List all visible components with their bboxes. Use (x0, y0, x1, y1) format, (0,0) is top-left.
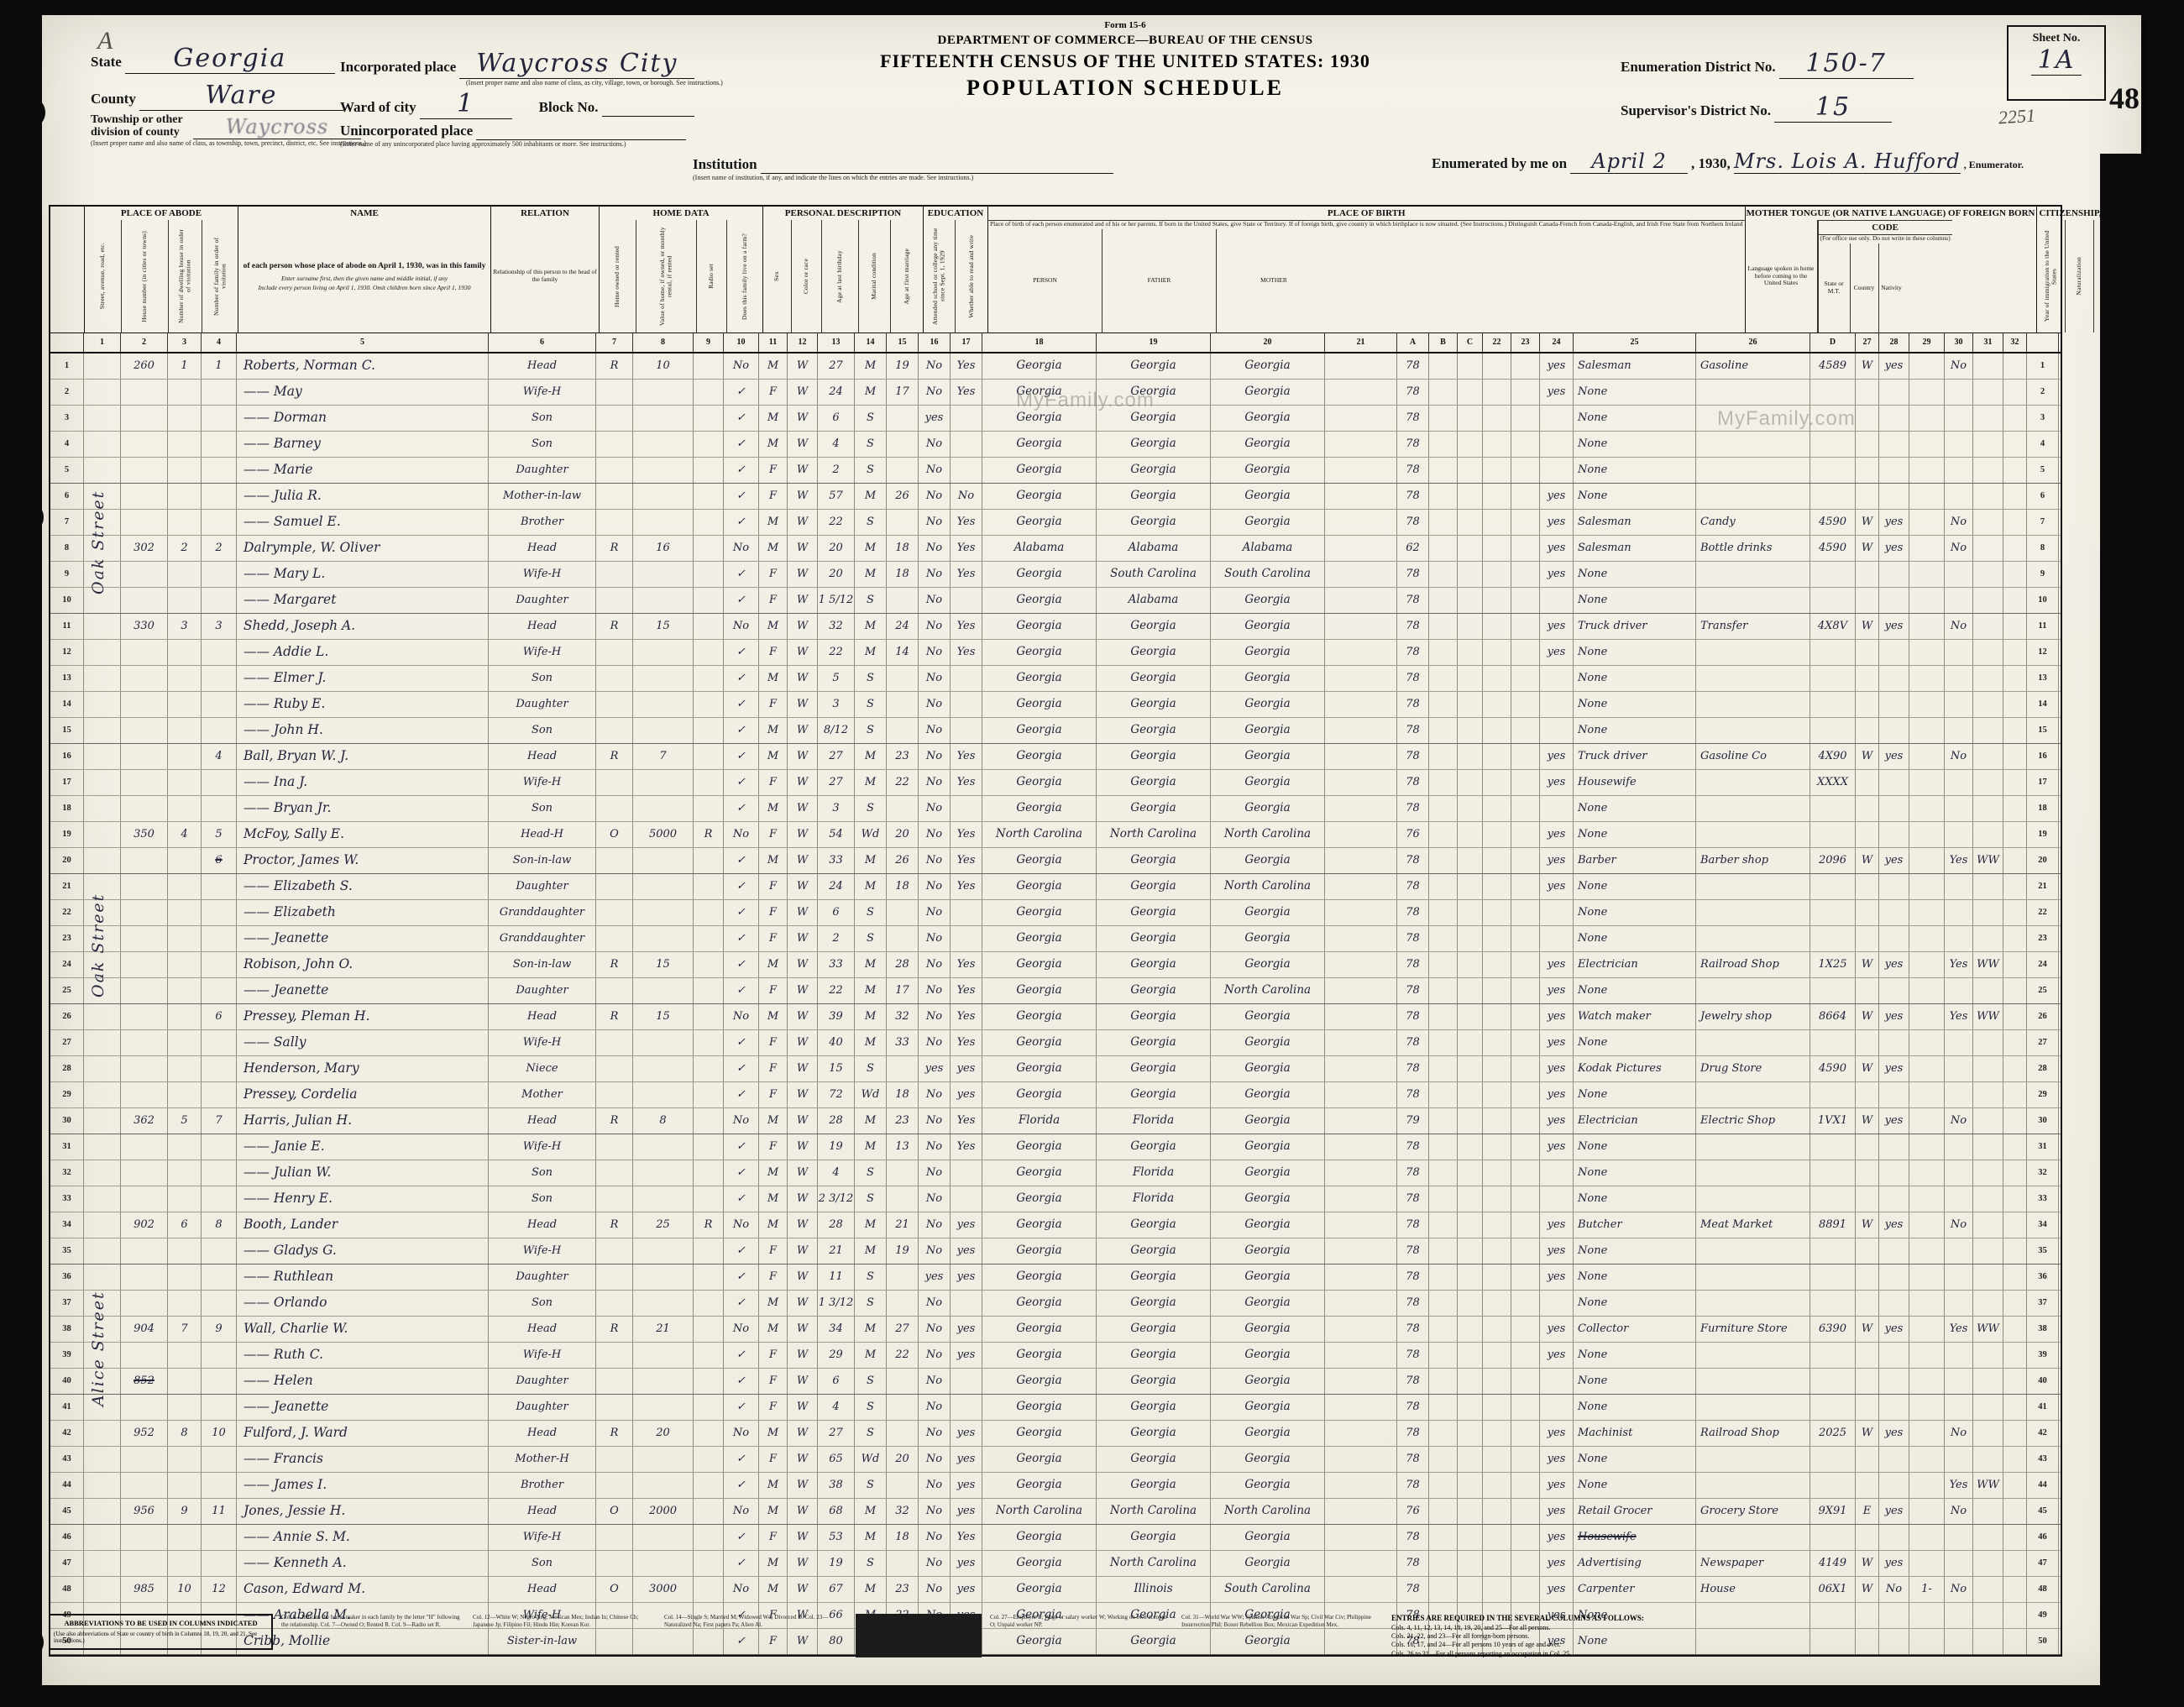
cell-ln: 28 (50, 1056, 84, 1081)
cell-vet (1945, 822, 1973, 847)
cell-cA: 78 (1397, 692, 1429, 717)
cell-rln: 10 (2027, 588, 2059, 613)
cell-bpp: Georgia (982, 432, 1097, 457)
cell-bpf: Georgia (1097, 692, 1211, 717)
cell-mar: Wd (855, 822, 887, 847)
cell-fsch (2003, 458, 2027, 483)
cell-dw (168, 1265, 202, 1290)
column-headers: PLACE OF ABODEStreet, avenue, road, etc.… (50, 207, 2061, 333)
cell-bpf: Georgia (1097, 353, 1211, 379)
cell-occ: None (1574, 1160, 1696, 1186)
cell-nm: —— Dorman (237, 406, 489, 431)
cell-bpp: Georgia (982, 978, 1097, 1003)
cell-cA: 78 (1397, 510, 1429, 535)
institution-note: (Insert name of institution, if any, and… (693, 174, 1113, 181)
cell-cC (1458, 1577, 1483, 1602)
cell-ten: R (596, 614, 633, 639)
cell-ln: 44 (50, 1473, 84, 1498)
cell-nm: —— Elmer J. (237, 666, 489, 691)
cell-bpf: Georgia (1097, 432, 1211, 457)
cell-cA: 78 (1397, 744, 1429, 769)
cell-c23 (1511, 1395, 1540, 1420)
cell-cr: W (788, 874, 818, 899)
cell-age: 1 5/12 (818, 588, 855, 613)
cell-occ: None (1574, 432, 1696, 457)
cell-c23 (1511, 692, 1540, 717)
cell-ten: R (596, 536, 633, 561)
col-number-cA: A (1397, 333, 1429, 352)
cell-ind (1696, 926, 1810, 951)
cell-bpp: Georgia (982, 510, 1097, 535)
cell-rln: 34 (2027, 1212, 2059, 1238)
cell-ten (596, 1134, 633, 1160)
cell-occ: None (1574, 588, 1696, 613)
cell-age: 22 (818, 510, 855, 535)
cell-cA: 78 (1397, 588, 1429, 613)
cell-ten: R (596, 952, 633, 977)
cell-ind: House (1696, 1577, 1810, 1602)
title-block: Form 15-6 DEPARTMENT OF COMMERCE—BUREAU … (873, 20, 1377, 101)
cell-nm: —— Mary L. (237, 562, 489, 587)
cell-unln (1909, 458, 1945, 483)
cell-cr: W (788, 1056, 818, 1081)
cell-frm: ✓ (724, 588, 759, 613)
cell-rad (694, 1421, 724, 1446)
cell-rln: 12 (2027, 640, 2059, 665)
cell-hs (121, 640, 168, 665)
cell-cls: W (1856, 614, 1879, 639)
cell-unln (1909, 718, 1945, 743)
cell-nm: —— James I. (237, 1473, 489, 1498)
cell-mar: M (855, 1108, 887, 1134)
cell-fam (202, 1395, 237, 1420)
cell-fsch (2003, 1421, 2027, 1446)
cell-ln: 25 (50, 978, 84, 1003)
cell-frm: ✓ (724, 770, 759, 795)
cell-vet (1945, 1082, 1973, 1107)
cell-c23 (1511, 1317, 1540, 1342)
cell-vet (1945, 1238, 1973, 1264)
cell-emp (1879, 666, 1909, 691)
entries-required-lines: Cols. 4, 11, 12, 13, 14, 18, 19, 20, and… (1391, 1624, 1668, 1659)
cell-ind (1696, 484, 1810, 509)
cell-hs (121, 926, 168, 951)
group-note: (For office use only. Do not write in th… (1819, 234, 1952, 243)
cell-bpf: Georgia (1097, 1212, 1211, 1238)
cell-rad (694, 770, 724, 795)
cell-c24: yes (1540, 640, 1574, 665)
cell-c22 (1483, 1447, 1511, 1472)
cell-sx: M (759, 1551, 788, 1576)
township-value: Waycross (226, 115, 328, 139)
census-row-24: 24Robison, John O.Son-in-lawR15✓MW33M28N… (50, 952, 2061, 978)
footer-abbrev-col: Col. 27—Employer E; Wage or salary worke… (990, 1614, 1173, 1629)
cell-val (633, 874, 694, 899)
cell-ten: R (596, 1004, 633, 1029)
cell-emp (1879, 1238, 1909, 1264)
cell-sch: No (919, 978, 951, 1003)
cell-c24: yes (1540, 1499, 1574, 1524)
cell-age: 32 (818, 614, 855, 639)
cell-dw: 9 (168, 1499, 202, 1524)
cell-frm: ✓ (724, 874, 759, 899)
cell-occ: Barber (1574, 848, 1696, 873)
census-row-7: 7—— Samuel E.Brother✓MW22SNoYesGeorgiaGe… (50, 510, 2061, 536)
cell-age: 68 (818, 1499, 855, 1524)
cell-cls (1856, 1473, 1879, 1498)
cell-sch: No (919, 1343, 951, 1368)
cell-cr: W (788, 1134, 818, 1160)
cell-c23 (1511, 458, 1540, 483)
cell-cA: 78 (1397, 562, 1429, 587)
cell-vet (1945, 1056, 1973, 1081)
cell-sx: M (759, 744, 788, 769)
township-label: Township or other division of county (91, 114, 190, 139)
cell-mar: M (855, 1577, 887, 1602)
cell-ten: R (596, 353, 633, 379)
cell-occ: Machinist (1574, 1421, 1696, 1446)
cell-rel: Wife-H (489, 1030, 596, 1055)
cell-sx: F (759, 1030, 788, 1055)
cell-sch: No (919, 1525, 951, 1550)
cell-sx: M (759, 510, 788, 535)
entries-required-line: Cols. 21, 22, and 23—For all foreign-bor… (1391, 1632, 1668, 1641)
cell-c23 (1511, 1056, 1540, 1081)
cell-vet (1945, 588, 1973, 613)
cell-hs (121, 1447, 168, 1472)
col-header-fam: Number of family in order of visitation (202, 220, 238, 332)
cell-fsch (2003, 614, 2027, 639)
cell-age: 39 (818, 1004, 855, 1029)
cell-war (1973, 666, 2003, 691)
cell-emp: No (1879, 1577, 1909, 1602)
cell-mar: M (855, 848, 887, 873)
enumeration-district-label: Enumeration District No. (1621, 59, 1776, 75)
cell-occ: None (1574, 380, 1696, 405)
cell-c23 (1511, 952, 1540, 977)
col-number-c22: 22 (1483, 333, 1511, 352)
cell-rln: 39 (2027, 1343, 2059, 1368)
cell-age: 34 (818, 1317, 855, 1342)
cell-cls (1856, 718, 1879, 743)
cell-bpf: Georgia (1097, 1238, 1211, 1264)
cell-cD: 4X8V (1810, 614, 1856, 639)
cell-emp (1879, 1265, 1909, 1290)
cell-bpf: Georgia (1097, 1291, 1211, 1316)
cell-fam (202, 588, 237, 613)
cell-ind (1696, 900, 1810, 925)
cell-lang (1325, 458, 1397, 483)
cell-afm (887, 1265, 919, 1290)
cell-bpf: Georgia (1097, 1369, 1211, 1394)
cell-fsch (2003, 353, 2027, 379)
cell-cr: W (788, 1030, 818, 1055)
cell-afm: 21 (887, 1212, 919, 1238)
cell-rln: 30 (2027, 1108, 2059, 1134)
cell-cC (1458, 900, 1483, 925)
cell-cC (1458, 1134, 1483, 1160)
census-row-16: 164Ball, Bryan W. J.HeadR7✓MW27M23NoYesG… (50, 744, 2061, 770)
cell-bpf: Florida (1097, 1160, 1211, 1186)
cell-occ: None (1574, 666, 1696, 691)
cell-frm: No (724, 1004, 759, 1029)
cell-mar: M (855, 1525, 887, 1550)
census-row-45: 45956911Jones, Jessie H.HeadO2000NoMW68M… (50, 1499, 2061, 1525)
cell-afm: 19 (887, 353, 919, 379)
cell-val (633, 666, 694, 691)
cell-bpp: Georgia (982, 874, 1097, 899)
cell-lang (1325, 562, 1397, 587)
cell-cB (1429, 510, 1458, 535)
cell-sx: M (759, 536, 788, 561)
cell-occ: None (1574, 458, 1696, 483)
cell-cD: 2025 (1810, 1421, 1856, 1446)
form-footer: ABBREVIATIONS TO BE USED IN COLUMNS INDI… (49, 1614, 2059, 1658)
cell-rln: 38 (2027, 1317, 2059, 1342)
cell-bpf: Georgia (1097, 1056, 1211, 1081)
census-row-28: 28Henderson, MaryNiece✓FW15SyesyesGeorgi… (50, 1056, 2061, 1082)
cell-cB (1429, 432, 1458, 457)
cell-cA: 78 (1397, 1577, 1429, 1602)
cell-afm (887, 900, 919, 925)
cell-cr: W (788, 1551, 818, 1576)
cell-ln: 24 (50, 952, 84, 977)
cell-ind (1696, 718, 1810, 743)
cell-ind (1696, 822, 1810, 847)
cell-ten (596, 874, 633, 899)
cell-ten (596, 1343, 633, 1368)
cell-sx: F (759, 562, 788, 587)
cell-rln: 16 (2027, 744, 2059, 769)
cell-war (1973, 1395, 2003, 1420)
col-header-sch: Attended school or college any time sinc… (924, 220, 956, 332)
cell-bpm: Georgia (1211, 1030, 1325, 1055)
cell-fam (202, 874, 237, 899)
cell-rad (694, 614, 724, 639)
census-row-44: 44—— James I.Brother✓MW38SNoyesGeorgiaGe… (50, 1473, 2061, 1499)
cell-bpm: Georgia (1211, 1369, 1325, 1394)
cell-ln: 5 (50, 458, 84, 483)
cell-bpm: Georgia (1211, 1212, 1325, 1238)
cell-rw (951, 796, 982, 821)
cell-rad: R (694, 822, 724, 847)
cell-cls (1856, 874, 1879, 899)
cell-nm: —— Francis (237, 1447, 489, 1472)
cell-ten (596, 848, 633, 873)
cell-bpm: Georgia (1211, 1395, 1325, 1420)
census-row-38: 3890479Wall, Charlie W.HeadR21NoMW34M27N… (50, 1317, 2061, 1343)
cell-occ: Retail Grocer (1574, 1499, 1696, 1524)
cell-lang (1325, 484, 1397, 509)
cell-hs (121, 1030, 168, 1055)
cell-rln: 4 (2027, 432, 2059, 457)
cell-rel: Daughter (489, 692, 596, 717)
cell-ind (1696, 432, 1810, 457)
cell-mar: S (855, 1160, 887, 1186)
cell-hs: 362 (121, 1108, 168, 1134)
cell-war: WW (1973, 952, 2003, 977)
cell-dw: 3 (168, 614, 202, 639)
cell-hs (121, 1186, 168, 1212)
cell-c23 (1511, 926, 1540, 951)
cell-emp: yes (1879, 510, 1909, 535)
cell-val (633, 1030, 694, 1055)
cell-fam (202, 432, 237, 457)
cell-sch: No (919, 900, 951, 925)
cell-hs (121, 406, 168, 431)
cell-occ: None (1574, 1030, 1696, 1055)
cell-cC (1458, 1421, 1483, 1446)
group-note: Place of birth of each person enumerated… (988, 220, 1745, 229)
cell-bpf: North Carolina (1097, 822, 1211, 847)
cell-c23 (1511, 1473, 1540, 1498)
cell-vet (1945, 1343, 1973, 1368)
cell-cA: 78 (1397, 458, 1429, 483)
col-number-cB: B (1429, 333, 1458, 352)
cell-cD (1810, 588, 1856, 613)
cell-bpf: Georgia (1097, 1004, 1211, 1029)
cell-occ: None (1574, 640, 1696, 665)
cell-fsch (2003, 874, 2027, 899)
cell-bpf: Alabama (1097, 536, 1211, 561)
cell-occ: Truck driver (1574, 614, 1696, 639)
cell-rad (694, 1238, 724, 1264)
cell-vet: Yes (1945, 1004, 1973, 1029)
cell-ln: 34 (50, 1212, 84, 1238)
cell-c22 (1483, 406, 1511, 431)
cell-vet (1945, 1186, 1973, 1212)
cell-afm: 26 (887, 848, 919, 873)
cell-cA: 78 (1397, 1369, 1429, 1394)
cell-afm (887, 432, 919, 457)
cell-cA: 78 (1397, 1317, 1429, 1342)
cell-mar: M (855, 640, 887, 665)
cell-c24: yes (1540, 353, 1574, 379)
cell-unln (1909, 770, 1945, 795)
cell-sx: M (759, 666, 788, 691)
cell-nm: —— Marie (237, 458, 489, 483)
cell-val (633, 1082, 694, 1107)
cell-cC (1458, 1186, 1483, 1212)
cell-war (1973, 1577, 2003, 1602)
cell-vet: No (1945, 744, 1973, 769)
cell-c24: yes (1540, 744, 1574, 769)
cell-rln: 41 (2027, 1395, 2059, 1420)
cell-c23 (1511, 1291, 1540, 1316)
cell-c23 (1511, 562, 1540, 587)
cell-vet (1945, 1447, 1973, 1472)
cell-fam (202, 562, 237, 587)
cell-cB (1429, 718, 1458, 743)
cell-cr: W (788, 614, 818, 639)
cell-war (1973, 1499, 2003, 1524)
cell-c24: yes (1540, 1447, 1574, 1472)
cell-ind: Gasoline Co (1696, 744, 1810, 769)
col-header-rad: Radio set (697, 220, 727, 332)
cell-dw (168, 1004, 202, 1029)
cell-age: 6 (818, 1369, 855, 1394)
cell-ind: Bottle drinks (1696, 536, 1810, 561)
cell-afm: 20 (887, 1447, 919, 1472)
cell-afm: 14 (887, 640, 919, 665)
cell-cB (1429, 978, 1458, 1003)
cell-rw: yes (951, 1551, 982, 1576)
cell-afm: 22 (887, 770, 919, 795)
cell-occ: None (1574, 1134, 1696, 1160)
cell-war (1973, 1421, 2003, 1446)
cell-occ: Truck driver (1574, 744, 1696, 769)
cell-sch: No (919, 874, 951, 899)
cell-mar: M (855, 353, 887, 379)
cell-ten (596, 1082, 633, 1107)
cell-ind (1696, 1238, 1810, 1264)
cell-c22 (1483, 1004, 1511, 1029)
cell-cls (1856, 978, 1879, 1003)
cell-bpp: Georgia (982, 1317, 1097, 1342)
cell-frm: ✓ (724, 1186, 759, 1212)
cell-cB (1429, 1082, 1458, 1107)
cell-hs (121, 874, 168, 899)
cell-bpf: Georgia (1097, 614, 1211, 639)
cell-vet: Yes (1945, 952, 1973, 977)
cell-age: 28 (818, 1108, 855, 1134)
cell-ln: 27 (50, 1030, 84, 1055)
cell-cD: 6390 (1810, 1317, 1856, 1342)
cell-ln: 39 (50, 1343, 84, 1368)
cell-sch: No (919, 1317, 951, 1342)
cell-unln (1909, 1030, 1945, 1055)
cell-cB (1429, 1056, 1458, 1081)
cell-unln (1909, 1499, 1945, 1524)
cell-unln (1909, 1317, 1945, 1342)
cell-cls: W (1856, 1551, 1879, 1576)
cell-rad (694, 1134, 724, 1160)
cell-cD (1810, 380, 1856, 405)
form-header: A State Georgia County Ware Township or … (42, 15, 2141, 205)
cell-bpm: Georgia (1211, 353, 1325, 379)
cell-frm: ✓ (724, 692, 759, 717)
cell-bpp: Georgia (982, 640, 1097, 665)
cell-sx: F (759, 1238, 788, 1264)
cell-rel: Head (489, 1317, 596, 1342)
cell-ln: 6 (50, 484, 84, 509)
cell-c24: yes (1540, 822, 1574, 847)
cell-age: 2 (818, 926, 855, 951)
cell-rln: 19 (2027, 822, 2059, 847)
cell-rw: yes (951, 1577, 982, 1602)
cell-bpm: North Carolina (1211, 822, 1325, 847)
cell-sch: No (919, 952, 951, 977)
cell-frm: No (724, 536, 759, 561)
cell-rel: Head (489, 1108, 596, 1134)
cell-cA: 78 (1397, 1473, 1429, 1498)
cell-afm (887, 692, 919, 717)
col-header-afm: Age at first marriage (891, 220, 923, 332)
cell-rw: yes (951, 1343, 982, 1368)
cell-vet (1945, 380, 1973, 405)
cell-mar: S (855, 1551, 887, 1576)
cell-afm (887, 458, 919, 483)
cell-fsch (2003, 1186, 2027, 1212)
cell-rad (694, 900, 724, 925)
cell-fam (202, 406, 237, 431)
col-header-bpm: MOTHER (1217, 229, 1331, 332)
cell-rad (694, 1108, 724, 1134)
cell-war (1973, 1447, 2003, 1472)
cell-age: 3 (818, 796, 855, 821)
cell-vet (1945, 874, 1973, 899)
cell-fsch (2003, 380, 2027, 405)
